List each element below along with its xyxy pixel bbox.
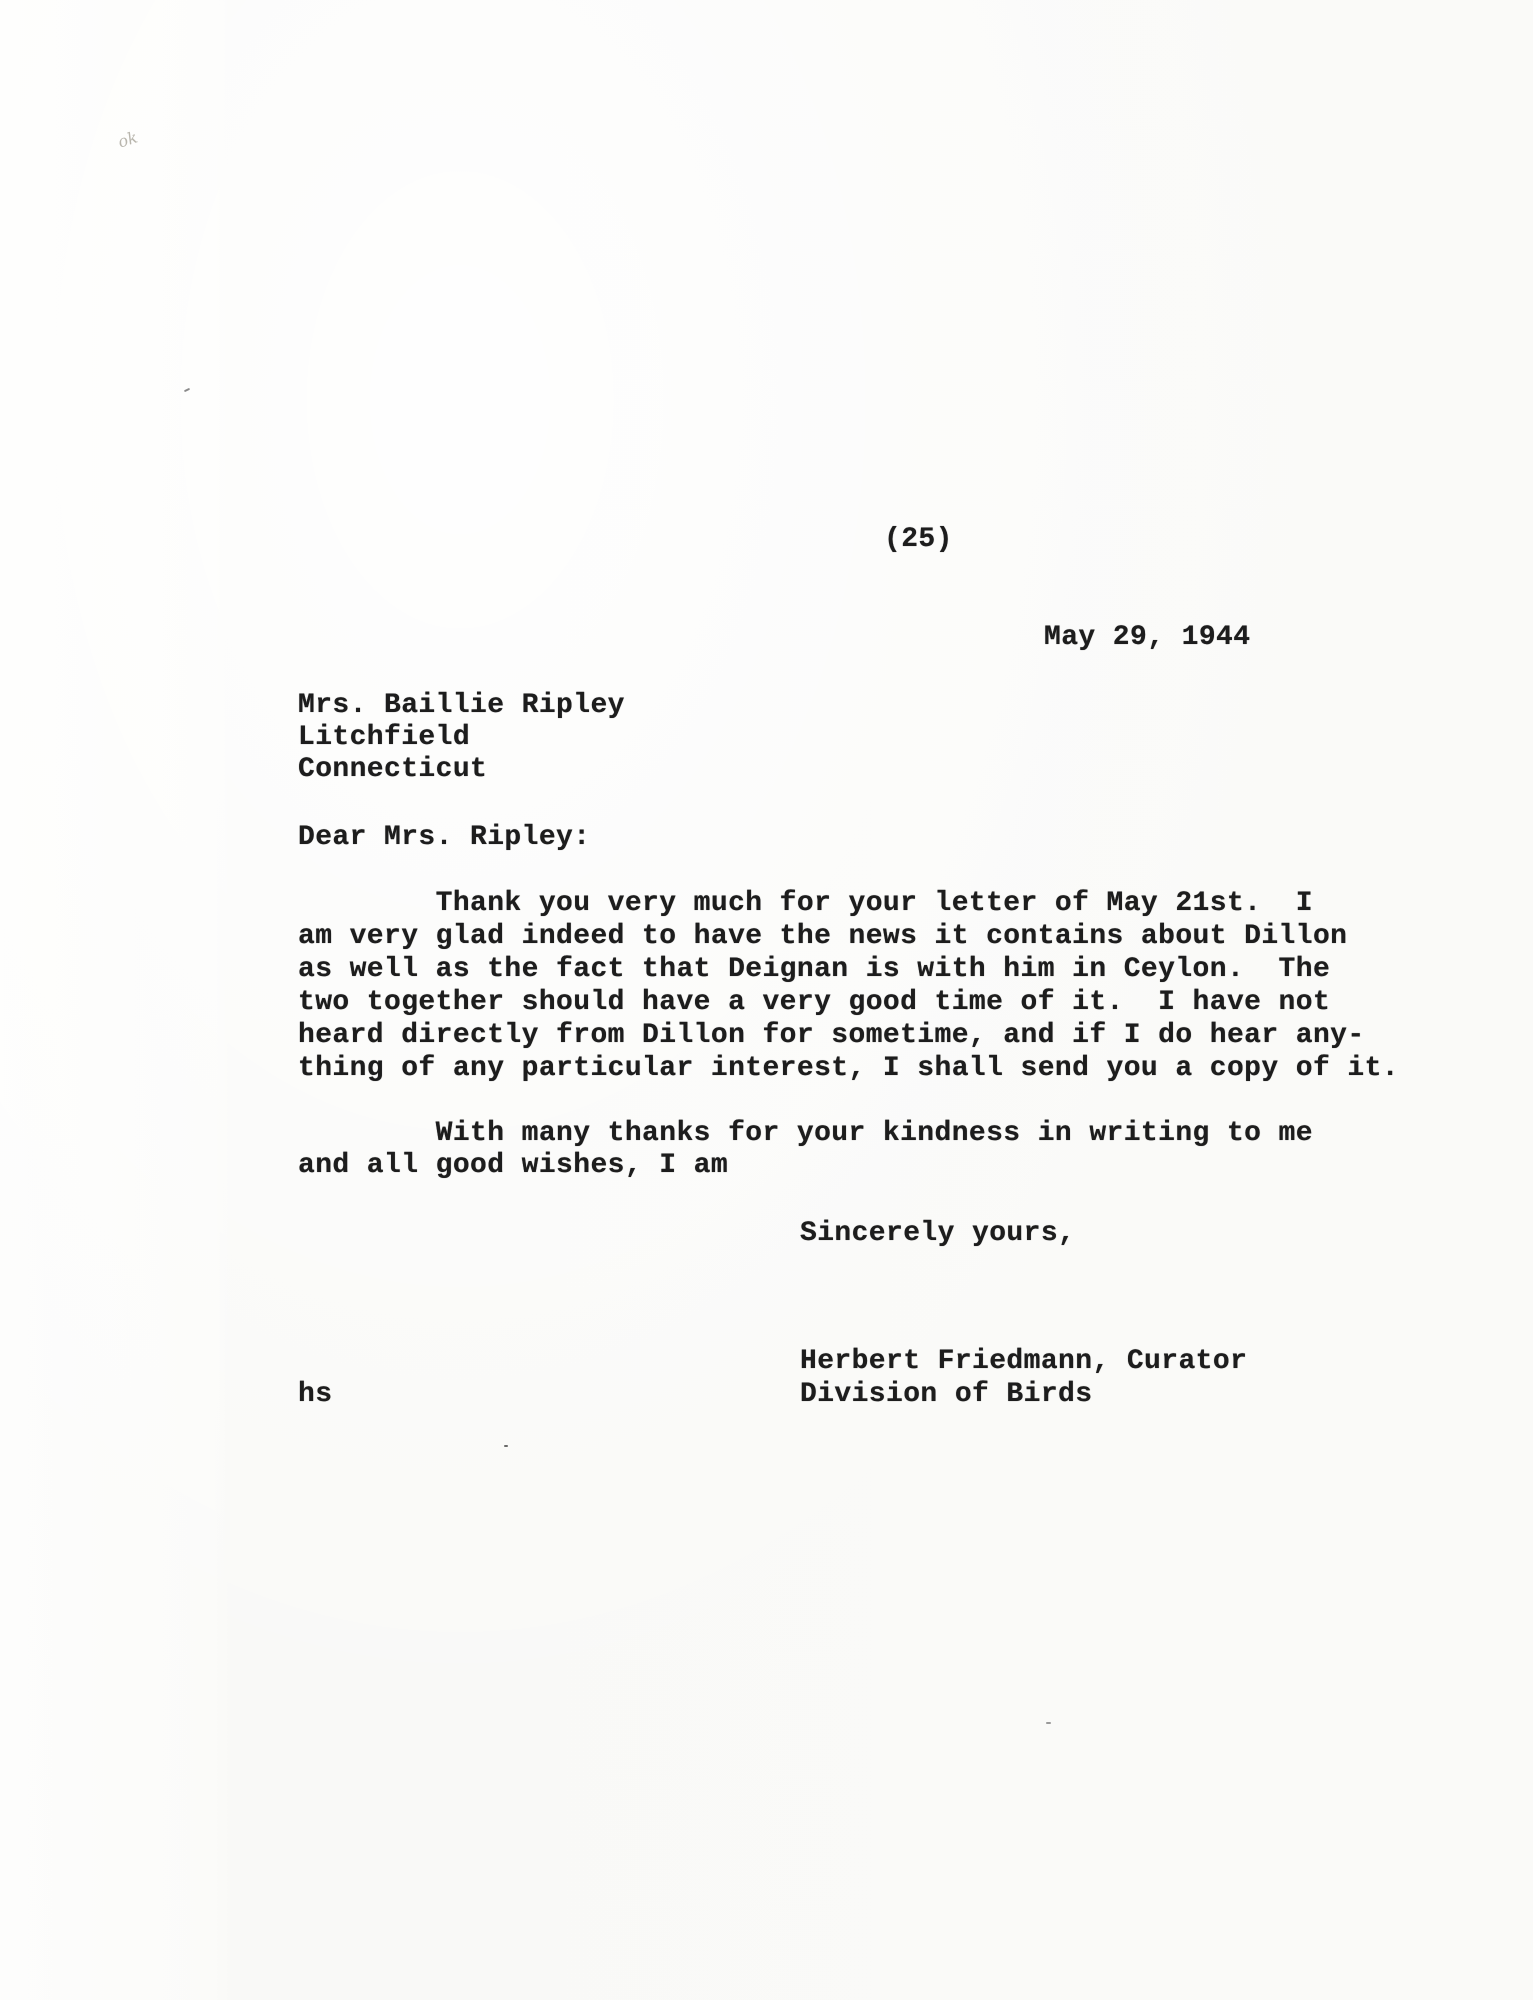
body-line: Thank you very much for your letter of M…	[298, 888, 1313, 920]
paper-speck	[184, 388, 190, 392]
recipient-state: Connecticut	[298, 754, 487, 786]
signature-name-title: Herbert Friedmann, Curator	[800, 1346, 1247, 1378]
letter-date: May 29, 1944	[1044, 622, 1250, 654]
letter-page: ok (25) May 29, 1944 Mrs. Baillie Ripley…	[0, 0, 1533, 2000]
paper-speck	[504, 1445, 508, 1447]
body-line: heard directly from Dillon for sometime,…	[298, 1020, 1365, 1052]
paper-speck	[1046, 1722, 1051, 1724]
body-line: With many thanks for your kindness in wr…	[298, 1118, 1313, 1150]
page-number: (25)	[884, 524, 953, 556]
salutation: Dear Mrs. Ripley:	[298, 822, 590, 854]
body-line: and all good wishes, I am	[298, 1150, 728, 1182]
body-line: two together should have a very good tim…	[298, 987, 1330, 1019]
body-line: thing of any particular interest, I shal…	[298, 1053, 1399, 1085]
typist-initials: hs	[298, 1379, 332, 1411]
recipient-city: Litchfield	[298, 722, 470, 754]
body-line: as well as the fact that Deignan is with…	[298, 954, 1330, 986]
recipient-name: Mrs. Baillie Ripley	[298, 690, 625, 722]
body-line: am very glad indeed to have the news it …	[298, 921, 1347, 953]
signature-division: Division of Birds	[800, 1379, 1092, 1411]
closing: Sincerely yours,	[800, 1218, 1075, 1250]
pencil-margin-mark: ok	[116, 127, 140, 151]
